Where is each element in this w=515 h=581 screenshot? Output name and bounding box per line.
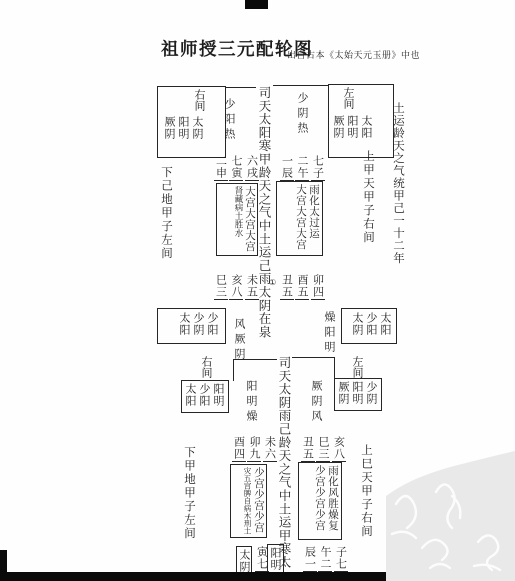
top-mid-right-box: 雨化太过运 大宫大宫大宫 (276, 181, 323, 256)
transform-column: 雨化风胜燥复 (326, 465, 339, 537)
top-pairs-lower-left: 未五 亥八 巳三 (212, 274, 260, 300)
term: 少阳 (197, 383, 211, 410)
top-pairs-lower-right: 卯四 酉五 丑五 (278, 274, 326, 300)
top-upper-right-box: 左间 太阳 阳明 厥阴 (328, 84, 394, 158)
connector-line (226, 87, 256, 88)
pair: 卯九 (247, 436, 261, 462)
box-terms: 太阴 阳明 厥阴 (162, 116, 204, 140)
top-pairs-upper-left: 六戌 七寅 二申 (212, 155, 260, 181)
term: 太阳 (183, 383, 197, 410)
bottom-side-left-caption: 下甲地甲子左间 (183, 446, 197, 546)
bottom-lower-right-box: 雨化风胜燥复 少宫少宫少宫 (298, 462, 342, 540)
bottom-flank-right: 厥阴风 (309, 380, 323, 425)
pair: 七子 (311, 155, 325, 181)
term: 太阳 (177, 312, 191, 340)
transform-column: 雨化太过运 (307, 184, 320, 253)
term: 厥阴 (331, 115, 345, 139)
tone-column: 大宫大宫大宫 (294, 184, 307, 253)
bottom-upper-right-box: 少阴 阳明 厥阴 (334, 378, 382, 411)
top-side-right-caption: 上甲天甲子右间 (362, 150, 376, 266)
term: 太阴 (350, 312, 364, 340)
connector-line (292, 357, 335, 358)
pair: 酉五 (295, 274, 309, 300)
bottom-lower-left-box: 少宫少宫少宫 灾五宫脾自病木刑土 (230, 464, 267, 538)
top-lower-left-box: 少阳 少阴 太阳 (157, 308, 226, 344)
scan-edge-left (0, 550, 7, 581)
gate-label-left: 左间 (342, 87, 354, 109)
connector-line (233, 359, 234, 381)
pair: 巳三 (316, 436, 330, 462)
term: 少阴 (191, 312, 205, 340)
right-margin-caption: 土运龄天之气统甲己一十二年 (392, 102, 406, 272)
top-side-left-caption: 下己地甲子左间 (160, 166, 174, 266)
term: 少阴 (364, 381, 378, 408)
top-upper-left-box: 右间 太阴 阳明 厥阴 (157, 86, 226, 158)
pair: 二申 (214, 155, 228, 181)
bottom-flank-left: 阳明燥 (244, 380, 258, 425)
footnote-mark: ① (269, 278, 276, 287)
term: 少阳 (205, 312, 219, 340)
bottom-row-right-pairs: 子七 午二 辰一 (301, 546, 349, 572)
bottom-pairs-right: 亥八 巳三 丑五 (299, 436, 347, 462)
pair: 丑五 (280, 274, 294, 300)
pair: 辰一 (303, 546, 317, 572)
bottom-side-right-caption: 上巳天甲子右间 (360, 444, 374, 544)
top-flank-lower-left: 风厥阴 (232, 318, 246, 363)
pair: 巳三 (214, 274, 228, 300)
top-flank-right: 少阴热 (295, 92, 309, 137)
stamp-watermark-icon (378, 438, 515, 581)
term: 阳明 (350, 381, 364, 408)
tone-column: 少宫少宫少宫 (252, 467, 265, 535)
top-mid-left-box: 大宫大宫大宫 肾藏病土胜水 (216, 183, 258, 256)
term: 太阳 (378, 312, 392, 340)
disease-column: 肾藏病土胜水 (233, 186, 243, 253)
top-flank-left: 少阳热 (222, 98, 236, 143)
printer-mark (245, 0, 268, 9)
pair: 亥八 (229, 274, 243, 300)
gate-label-right: 右间 (193, 89, 205, 111)
pair: 一辰 (280, 155, 294, 181)
pair: 丑五 (301, 436, 315, 462)
pair: 二午 (295, 155, 309, 181)
term: 厥阴 (162, 116, 176, 140)
term: 阳明 (211, 383, 225, 410)
term: 阳明 (345, 115, 359, 139)
bottom-upper-left-box: 阳明 少阳 太阳 (181, 380, 229, 413)
top-lower-right-box: 太阳 少阳 太阴 (341, 308, 397, 344)
gate-label-left: 左间 (351, 356, 363, 378)
disease-column: 灾五宫脾自病木刑土 (243, 467, 252, 535)
term: 少阳 (364, 312, 378, 340)
page-subtitle: 出自古本《太始天元玉册》中也 (287, 48, 420, 61)
top-center-column: 司天太阳寒甲龄天之气中土运己雨太阴在泉 (256, 86, 273, 347)
term: 太阳 (359, 115, 373, 139)
gate-label-right: 右间 (200, 356, 212, 378)
term: 太阴 (190, 116, 204, 140)
pair: 七寅 (229, 155, 243, 181)
bottom-pairs-left: 未六 卯九 酉四 (230, 436, 278, 462)
pair: 子七 (334, 546, 348, 572)
pair: 亥八 (332, 436, 346, 462)
term: 厥阴 (336, 381, 350, 408)
pair: 午二 (318, 546, 332, 572)
pair: 六戌 (245, 155, 259, 181)
tone-column: 大宫大宫大宫 (243, 186, 256, 253)
top-flank-lower-right: 燥阳明 (322, 311, 336, 356)
pair: 未五 (245, 274, 259, 300)
connector-line (233, 359, 277, 360)
term: 阳明 (176, 116, 190, 140)
pair: 卯四 (311, 274, 325, 300)
pair: 酉四 (232, 436, 246, 462)
scanned-book-page: 祖师授三元配轮图 出自古本《太始天元玉册》中也 右间 太阴 阳明 厥阴 左间 太… (0, 0, 515, 581)
box-terms: 太阳 阳明 厥阴 (331, 115, 373, 139)
connector-line (273, 85, 328, 86)
scan-edge-bottom (0, 572, 420, 581)
top-pairs-upper-right: 七子 二午 一辰 (278, 155, 326, 181)
pair: 未六 (263, 436, 277, 462)
connector-line (334, 357, 335, 379)
tone-column: 少宫少宫少宫 (313, 465, 326, 537)
